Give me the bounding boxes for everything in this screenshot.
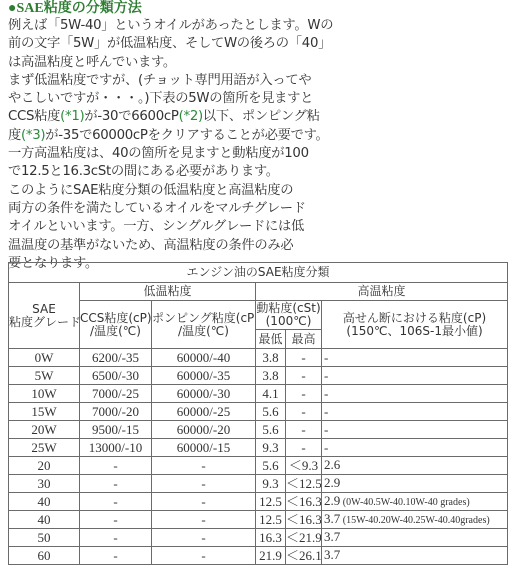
header-kinematic: 動粘度(cSt) (100℃) — [256, 301, 322, 330]
header-kin-max: 最高 — [286, 330, 322, 349]
cell-pumping: - — [152, 529, 256, 547]
header-pumping-line1: ポンピング粘度(cP) — [152, 311, 256, 325]
cell-kin-max: - — [286, 421, 322, 439]
cell-pumping: - — [152, 493, 256, 511]
cell-kin-min: 9.3 — [256, 475, 286, 493]
header-low-temp: 低温粘度 — [80, 283, 256, 301]
cell-kin-min: 5.6 — [256, 457, 286, 475]
header-pumping: ポンピング粘度(cP) /温度(℃) — [152, 301, 256, 349]
table-row: 5W 6500/-30 60000/-35 3.8 - - — [9, 367, 508, 385]
table-row: 50 - - 16.3 ＜21.9 3.7 — [9, 529, 508, 547]
table-row: 30 - - 9.3 ＜12.5 2.9 — [9, 475, 508, 493]
cell-ccs: - — [80, 547, 152, 565]
cell-ccs: - — [80, 475, 152, 493]
text-fragment: CCS粘度 — [8, 109, 60, 124]
hths-value: 3.7 — [324, 547, 340, 562]
text-line: 前の文字「5W」が低温粘度、そしてWの後ろの「40」 — [8, 36, 331, 51]
cell-pumping: 60000/-20 — [152, 421, 256, 439]
cell-hths: - — [322, 349, 508, 367]
cell-hths: 2.9 — [322, 475, 508, 493]
cell-ccs: 9500/-15 — [80, 421, 152, 439]
text-line: で12.5と16.3cStの間にある必要があります。 — [8, 164, 279, 179]
cell-kin-min: 21.9 — [256, 547, 286, 565]
cell-ccs: - — [80, 511, 152, 529]
cell-kin-min: 12.5 — [256, 511, 286, 529]
cell-grade: 30 — [9, 475, 80, 493]
cell-ccs: 6500/-30 — [80, 367, 152, 385]
cell-kin-max: ＜26.1 — [286, 547, 322, 565]
cell-grade: 0W — [9, 349, 80, 367]
sae-viscosity-table: エンジン油のSAE粘度分類 SAE 粘度グレード 低温粘度 高温粘度 CCS粘度… — [8, 262, 508, 565]
cell-grade: 25W — [9, 439, 80, 457]
cell-hths: 2.6 — [322, 457, 508, 475]
header-high-temp: 高温粘度 — [256, 283, 508, 301]
text-line: やこしいですが・・・。)下表の5Wの箇所を見ますと — [8, 91, 313, 106]
table-row: 25W 13000/-10 60000/-15 9.3 - - — [9, 439, 508, 457]
cell-hths: - — [322, 385, 508, 403]
cell-kin-max: ＜9.3 — [286, 457, 322, 475]
hths-note: (15W-40.20W-40.25W-40.40grades) — [340, 515, 489, 526]
text-line: 例えば「5W-40」というオイルがあったとします。Wの — [8, 18, 333, 33]
cell-hths: - — [322, 367, 508, 385]
cell-hths: 3.7 (15W-40.20W-40.25W-40.40grades) — [322, 511, 508, 529]
hths-value: 3.7 — [324, 511, 340, 526]
header-ccs: CCS粘度(cP) /温度(℃) — [80, 301, 152, 349]
cell-hths: - — [322, 439, 508, 457]
hths-value: 3.7 — [324, 529, 340, 544]
text-fragment: 度 — [8, 128, 21, 143]
text-line: このようにSAE粘度分類の低温粘度と高温粘度の — [8, 183, 293, 198]
cell-ccs: 7000/-20 — [80, 403, 152, 421]
cell-kin-max: ＜12.5 — [286, 475, 322, 493]
text-fragment: 以下、ポンピング粘 — [203, 109, 320, 124]
cell-kin-min: 3.8 — [256, 349, 286, 367]
header-kin-min: 最低 — [256, 330, 286, 349]
cell-pumping: 60000/-35 — [152, 367, 256, 385]
cell-kin-max: - — [286, 385, 322, 403]
cell-grade: 5W — [9, 367, 80, 385]
cell-pumping: - — [152, 511, 256, 529]
hths-value: 2.6 — [324, 457, 340, 472]
footnote-ref-3: (*3) — [21, 128, 45, 143]
header-kinematic-line2: (100℃) — [266, 314, 312, 328]
cell-grade: 40 — [9, 511, 80, 529]
cell-pumping: - — [152, 475, 256, 493]
cell-hths: 3.7 — [322, 529, 508, 547]
table-row: 10W 7000/-25 60000/-30 4.1 - - — [9, 385, 508, 403]
cell-grade: 15W — [9, 403, 80, 421]
cell-hths: - — [322, 421, 508, 439]
cell-kin-min: 4.1 — [256, 385, 286, 403]
text-fragment: が-35で60000cPをクリアすることが必要です。 — [45, 128, 328, 143]
header-hths-line1: 高せん断における粘度(cP) — [343, 311, 486, 325]
header-hths-line2: (150℃、106S-1最小値) — [346, 324, 482, 338]
table-row: 60 - - 21.9 ＜26.1 3.7 — [9, 547, 508, 565]
header-ccs-line2: /温度(℃) — [90, 324, 141, 338]
cell-pumping: 60000/-15 — [152, 439, 256, 457]
paragraph-example: 例えば「5W-40」というオイルがあったとします。Wの 前の文字「5W」が低温粘… — [8, 17, 338, 273]
footnote-ref-1: (*1) — [60, 109, 84, 124]
table-row: 40 - - 12.5 ＜16.3 3.7 (15W-40.20W-40.25W… — [9, 511, 508, 529]
header-hths: 高せん断における粘度(cP) (150℃、106S-1最小値) — [322, 301, 508, 349]
cell-grade: 60 — [9, 547, 80, 565]
table-row: 20 - - 5.6 ＜9.3 2.6 — [9, 457, 508, 475]
header-ccs-line1: CCS粘度(cP) — [80, 311, 152, 325]
cell-hths: 2.9 (0W-40.5W-40.10W-40 grades) — [322, 493, 508, 511]
cell-kin-min: 12.5 — [256, 493, 286, 511]
cell-pumping: 60000/-40 — [152, 349, 256, 367]
header-grade: SAE 粘度グレード — [9, 283, 80, 349]
text-line: は高温粘度と呼んでいます。 — [8, 55, 176, 70]
cell-kin-max: ＜16.3 — [286, 511, 322, 529]
text-line: オイルといいます。一方、シングルグレードには低 — [8, 219, 304, 234]
cell-ccs: 6200/-35 — [80, 349, 152, 367]
cell-kin-min: 9.3 — [256, 439, 286, 457]
cell-kin-max: - — [286, 349, 322, 367]
table-row: 20W 9500/-15 60000/-20 5.6 - - — [9, 421, 508, 439]
hths-note: (0W-40.5W-40.10W-40 grades) — [340, 497, 469, 508]
cell-grade: 40 — [9, 493, 80, 511]
cell-kin-max: - — [286, 439, 322, 457]
cell-hths: - — [322, 403, 508, 421]
cell-ccs: - — [80, 529, 152, 547]
cell-kin-min: 16.3 — [256, 529, 286, 547]
cell-pumping: - — [152, 457, 256, 475]
cell-kin-min: 5.6 — [256, 421, 286, 439]
cell-pumping: 60000/-30 — [152, 385, 256, 403]
cell-kin-max: ＜16.3 — [286, 493, 322, 511]
cell-kin-max: - — [286, 403, 322, 421]
cell-pumping: - — [152, 547, 256, 565]
cell-grade: 50 — [9, 529, 80, 547]
hths-value: 2.9 — [324, 475, 340, 490]
cell-kin-min: 3.8 — [256, 367, 286, 385]
header-kinematic-line1: 動粘度(cSt) — [256, 301, 320, 315]
cell-kin-max: - — [286, 367, 322, 385]
header-grade-line2: 粘度グレード — [9, 315, 80, 329]
cell-ccs: - — [80, 493, 152, 511]
cell-pumping: 60000/-25 — [152, 403, 256, 421]
text-line: まず低温粘度ですが、(チョット専門用語が入ってや — [8, 73, 311, 88]
cell-kin-min: 5.6 — [256, 403, 286, 421]
intro-section: ●SAE粘度の分類方法 例えば「5W-40」というオイルがあったとします。Wの … — [8, 0, 338, 273]
cell-kin-max: ＜21.9 — [286, 529, 322, 547]
hths-value: 2.9 — [324, 493, 340, 508]
cell-ccs: 7000/-25 — [80, 385, 152, 403]
cell-grade: 10W — [9, 385, 80, 403]
cell-hths: 3.7 — [322, 547, 508, 565]
header-pumping-line2: /温度(℃) — [178, 324, 229, 338]
cell-grade: 20W — [9, 421, 80, 439]
text-line: 一方高温粘度は、40の箇所を見ますと動粘度が100 — [8, 146, 309, 161]
table-row: 15W 7000/-20 60000/-25 5.6 - - — [9, 403, 508, 421]
cell-grade: 20 — [9, 457, 80, 475]
text-fragment: が-30で6600cP — [84, 109, 178, 124]
table-row: 40 - - 12.5 ＜16.3 2.9 (0W-40.5W-40.10W-4… — [9, 493, 508, 511]
table-caption: エンジン油のSAE粘度分類 — [9, 263, 508, 283]
header-grade-line1: SAE — [32, 302, 56, 316]
cell-ccs: - — [80, 457, 152, 475]
section-title: ●SAE粘度の分類方法 — [8, 0, 338, 17]
cell-ccs: 13000/-10 — [80, 439, 152, 457]
text-line: 両方の条件を満たしているオイルをマルチグレード — [8, 201, 306, 216]
text-line: 温温度の基準がないため、高温粘度の条件のみ必 — [8, 238, 293, 253]
table-row: 0W 6200/-35 60000/-40 3.8 - - — [9, 349, 508, 367]
footnote-ref-2: (*2) — [179, 109, 203, 124]
